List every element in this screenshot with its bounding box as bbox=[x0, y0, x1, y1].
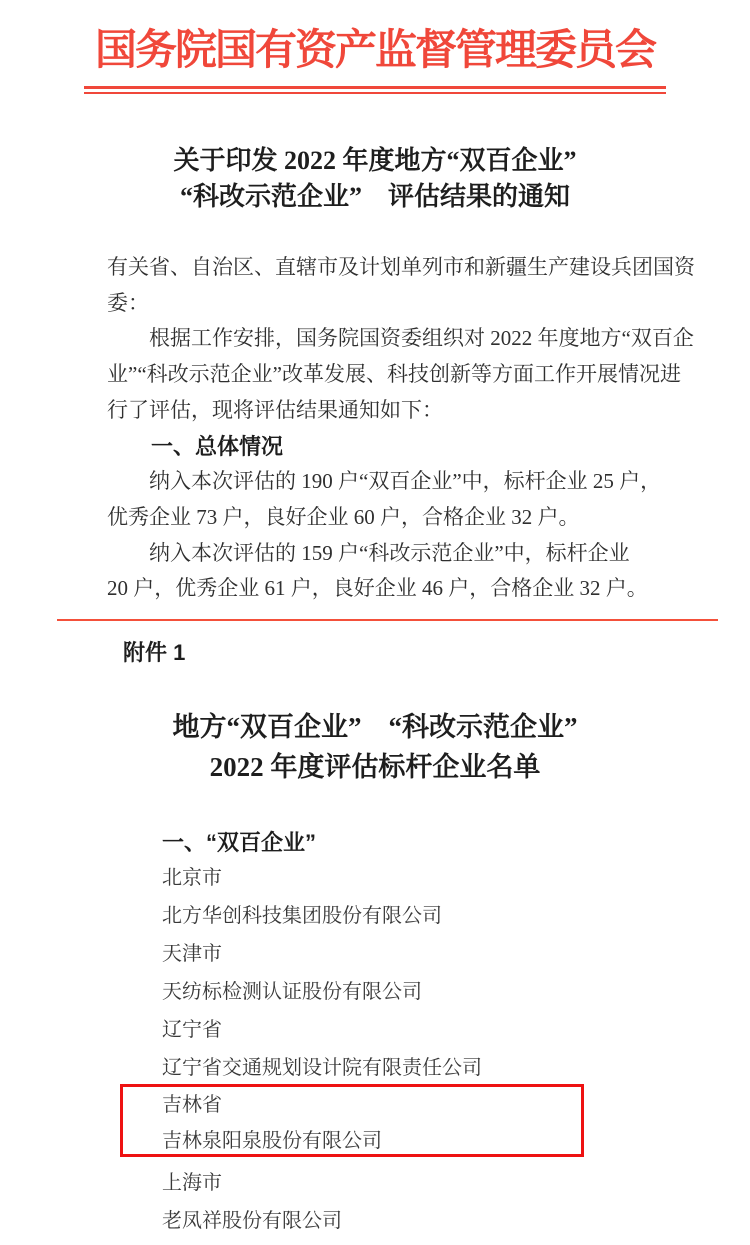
paragraph-line: 优秀企业 73 户，良好企业 60 户，合格企业 32 户。 bbox=[107, 500, 690, 536]
list-item-region: 北京市 bbox=[162, 859, 750, 897]
paragraph-line: 纳入本次评估的 190 户“双百企业”中，标杆企业 25 户， bbox=[107, 464, 690, 500]
notice-title-line2: “科改示范企业” 评估结果的通知 bbox=[0, 179, 750, 215]
notice-title: 关于印发 2022 年度地方“双百企业” “科改示范企业” 评估结果的通知 bbox=[0, 143, 750, 215]
list-item-company: 老凤祥股份有限公司 bbox=[162, 1202, 750, 1240]
letterhead-double-rule bbox=[84, 86, 666, 94]
page-separator-line bbox=[57, 619, 718, 621]
list-item-company: 北方华创科技集团股份有限公司 bbox=[162, 897, 750, 935]
notice-body: 有关省、自治区、直辖市及计划单列市和新疆生产建设兵团国资 委： 根据工作安排，国… bbox=[107, 250, 690, 607]
red-highlight-box: 吉林省 吉林泉阳泉股份有限公司 bbox=[120, 1084, 584, 1157]
section-heading-overview: 一、总体情况 bbox=[107, 429, 690, 465]
list-item-region-highlighted: 吉林省 bbox=[162, 1087, 581, 1123]
list-item-region: 上海市 bbox=[162, 1164, 750, 1202]
paragraph-line: 20 户，优秀企业 61 户，良好企业 46 户，合格企业 32 户。 bbox=[107, 571, 690, 607]
company-list: 北京市 北方华创科技集团股份有限公司 天津市 天纺标检测认证股份有限公司 辽宁省… bbox=[162, 859, 750, 1240]
list-item-company: 辽宁省交通规划设计院有限责任公司 bbox=[162, 1049, 750, 1087]
list-item-company: 天纺标检测认证股份有限公司 bbox=[162, 973, 750, 1011]
list-item-region: 辽宁省 bbox=[162, 1011, 750, 1049]
paragraph-line: 纳入本次评估的 159 户“科改示范企业”中，标杆企业 bbox=[107, 536, 690, 572]
salutation-line: 委： bbox=[107, 286, 690, 322]
list-section-heading: 一、“双百企业” bbox=[162, 827, 750, 859]
paragraph-line: 根据工作安排，国务院国资委组织对 2022 年度地方“双百企 bbox=[107, 321, 690, 357]
attachment-label: 附件 1 bbox=[123, 636, 750, 670]
letterhead-org-name: 国务院国有资产监督管理委员会 bbox=[0, 0, 750, 77]
paragraph-line: 业”“科改示范企业”改革发展、科技创新等方面工作开展情况进 bbox=[107, 357, 690, 393]
salutation-line: 有关省、自治区、直辖市及计划单列市和新疆生产建设兵团国资 bbox=[107, 250, 690, 286]
paragraph-line: 行了评估，现将评估结果通知如下： bbox=[107, 393, 690, 429]
list-item-company-highlighted: 吉林泉阳泉股份有限公司 bbox=[162, 1123, 581, 1159]
attachment-title-line1: 地方“双百企业” “科改示范企业” bbox=[0, 707, 750, 747]
notice-title-line1: 关于印发 2022 年度地方“双百企业” bbox=[0, 143, 750, 179]
attachment-title-line2: 2022 年度评估标杆企业名单 bbox=[0, 747, 750, 787]
document-page: 国务院国有资产监督管理委员会 关于印发 2022 年度地方“双百企业” “科改示… bbox=[0, 0, 750, 1245]
list-item-region: 天津市 bbox=[162, 935, 750, 973]
attachment-title: 地方“双百企业” “科改示范企业” 2022 年度评估标杆企业名单 bbox=[0, 707, 750, 787]
